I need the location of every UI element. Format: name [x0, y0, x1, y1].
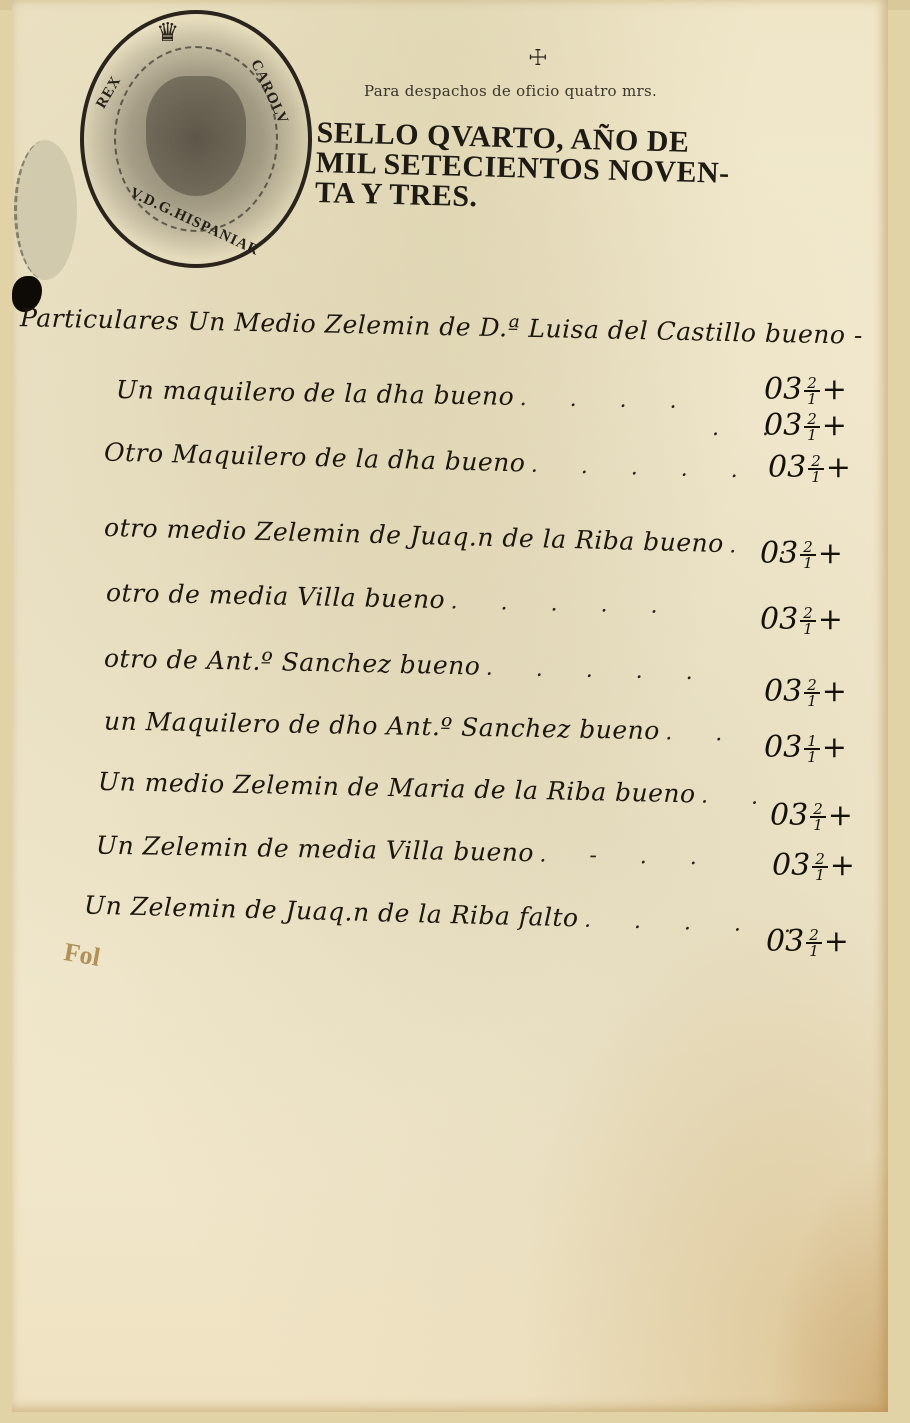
amount-integer: 03	[764, 674, 802, 709]
amount-fraction: 21	[800, 606, 816, 636]
fraction-denominator: 1	[808, 470, 824, 484]
ledger-entry: un Maquilero de dho Ant.º Sanchez bueno …	[104, 706, 741, 746]
ledger-heading-line: Particulares Un Medio Zelemin de D.ª Lui…	[20, 303, 863, 350]
entry-description: Un Zelemin de media Villa bueno	[96, 831, 534, 868]
entry-amount: 0321+	[772, 848, 855, 883]
amount-integer: 03	[764, 730, 802, 765]
amount-fraction: 21	[804, 678, 820, 708]
entry-amount: 0321+	[764, 408, 847, 443]
amount-integer: 03	[772, 848, 810, 883]
amount-fraction: 21	[804, 412, 820, 442]
entry-amount: 0321+	[764, 372, 847, 407]
amount-fraction: 21	[800, 540, 816, 570]
faded-folio-mark: Fol	[62, 937, 103, 973]
amount-fraction: 21	[806, 928, 822, 958]
stamp-title: SELLO QVARTO, AÑO DE MIL SETECIENTOS NOV…	[315, 118, 731, 219]
coat-of-arms-icon	[146, 76, 246, 196]
fraction-denominator: 1	[804, 750, 820, 764]
entry-leader-dots: . . . . .	[450, 589, 675, 619]
ledger-entry: Un Zelemin de media Villa bueno . - . .	[96, 831, 715, 871]
amount-integer: 03	[768, 450, 806, 485]
amount-integer: 03	[760, 602, 798, 637]
ledger-entry: otro medio Zelemin de Juaq.n de la Riba …	[104, 513, 805, 560]
amount-suffix: +	[822, 674, 847, 709]
amount-fraction: 21	[804, 376, 820, 406]
entry-leader-dots: . . . . .	[486, 656, 711, 686]
water-stain	[768, 1152, 888, 1412]
ledger-entry: Un Zelemin de Juaq.n de la Riba falto . …	[84, 891, 810, 939]
entry-leader-dots: . . . . .	[531, 453, 757, 484]
amount-integer: 03	[770, 798, 808, 833]
amount-fraction: 21	[810, 802, 826, 832]
cross-icon: ☩	[528, 46, 548, 71]
entry-amount: 0321+	[766, 924, 849, 959]
ledger-entry: Un maquilero de la dha bueno . . . .	[116, 375, 695, 414]
fraction-denominator: 1	[804, 392, 820, 406]
amount-suffix: +	[822, 372, 847, 407]
entry-description: otro de media Villa bueno	[106, 578, 446, 614]
entry-description: Un maquilero de la dha bueno	[116, 375, 515, 411]
amount-fraction: 21	[812, 852, 828, 882]
fraction-denominator: 1	[806, 944, 822, 958]
ledger-entry: Un medio Zelemin de Maria de la Riba bue…	[98, 767, 777, 810]
amount-suffix: +	[826, 450, 851, 485]
amount-suffix: +	[818, 602, 843, 637]
entry-leader-dots: . . . .	[519, 386, 694, 414]
amount-suffix: +	[818, 536, 843, 571]
amount-suffix: +	[824, 924, 849, 959]
entry-leader-dots: . - . .	[539, 842, 715, 870]
ledger-entry: otro de media Villa bueno . . . . .	[106, 578, 676, 619]
entry-description: otro medio Zelemin de Juaq.n de la Riba …	[104, 513, 724, 558]
document-page: ♛ REX CAROLV V.D.G.HISPANIAR ☩ Para desp…	[12, 0, 888, 1412]
amount-integer: 03	[760, 536, 798, 571]
entry-leader-dots: . .	[701, 784, 776, 811]
entry-amount: 0311+	[764, 730, 847, 765]
entry-leader-dots: . .	[665, 720, 740, 746]
ledger-entry: otro de Ant.º Sanchez bueno . . . . .	[104, 644, 711, 686]
fraction-denominator: 1	[800, 622, 816, 636]
amount-suffix: +	[828, 798, 853, 833]
entry-description: Un medio Zelemin de Maria de la Riba bue…	[98, 767, 696, 809]
fraction-denominator: 1	[804, 694, 820, 708]
faded-seal-impression	[14, 140, 77, 280]
crown-icon: ♛	[156, 18, 179, 48]
entry-description: un Maquilero de dho Ant.º Sanchez bueno	[104, 706, 660, 745]
printed-usage-line: Para despachos de oficio quatro mrs.	[364, 82, 657, 100]
entry-amount: 0321+	[760, 536, 843, 571]
amount-integer: 03	[764, 408, 802, 443]
fraction-denominator: 1	[812, 868, 828, 882]
entry-description: Otro Maquilero de la dha bueno	[104, 437, 526, 477]
entry-amount: 0321+	[768, 450, 851, 485]
amount-suffix: +	[830, 848, 855, 883]
entry-description: Un Zelemin de Juaq.n de la Riba falto	[84, 891, 579, 933]
fraction-denominator: 1	[800, 556, 816, 570]
entry-amount: 0321+	[770, 798, 853, 833]
entry-amount: 0321+	[764, 674, 847, 709]
ledger-entry: Otro Maquilero de la dha bueno . . . . .	[104, 437, 757, 483]
amount-integer: 03	[764, 372, 802, 407]
amount-suffix: +	[822, 408, 847, 443]
amount-integer: 03	[766, 924, 804, 959]
amount-fraction: 21	[808, 454, 824, 484]
entry-amount: 0321+	[760, 602, 843, 637]
entry-description: otro de Ant.º Sanchez bueno	[104, 644, 481, 681]
fraction-denominator: 1	[804, 428, 820, 442]
fraction-denominator: 1	[810, 818, 826, 832]
amount-fraction: 11	[804, 734, 820, 764]
royal-seal-stamp: ♛ REX CAROLV V.D.G.HISPANIAR	[80, 10, 312, 268]
amount-suffix: +	[822, 730, 847, 765]
